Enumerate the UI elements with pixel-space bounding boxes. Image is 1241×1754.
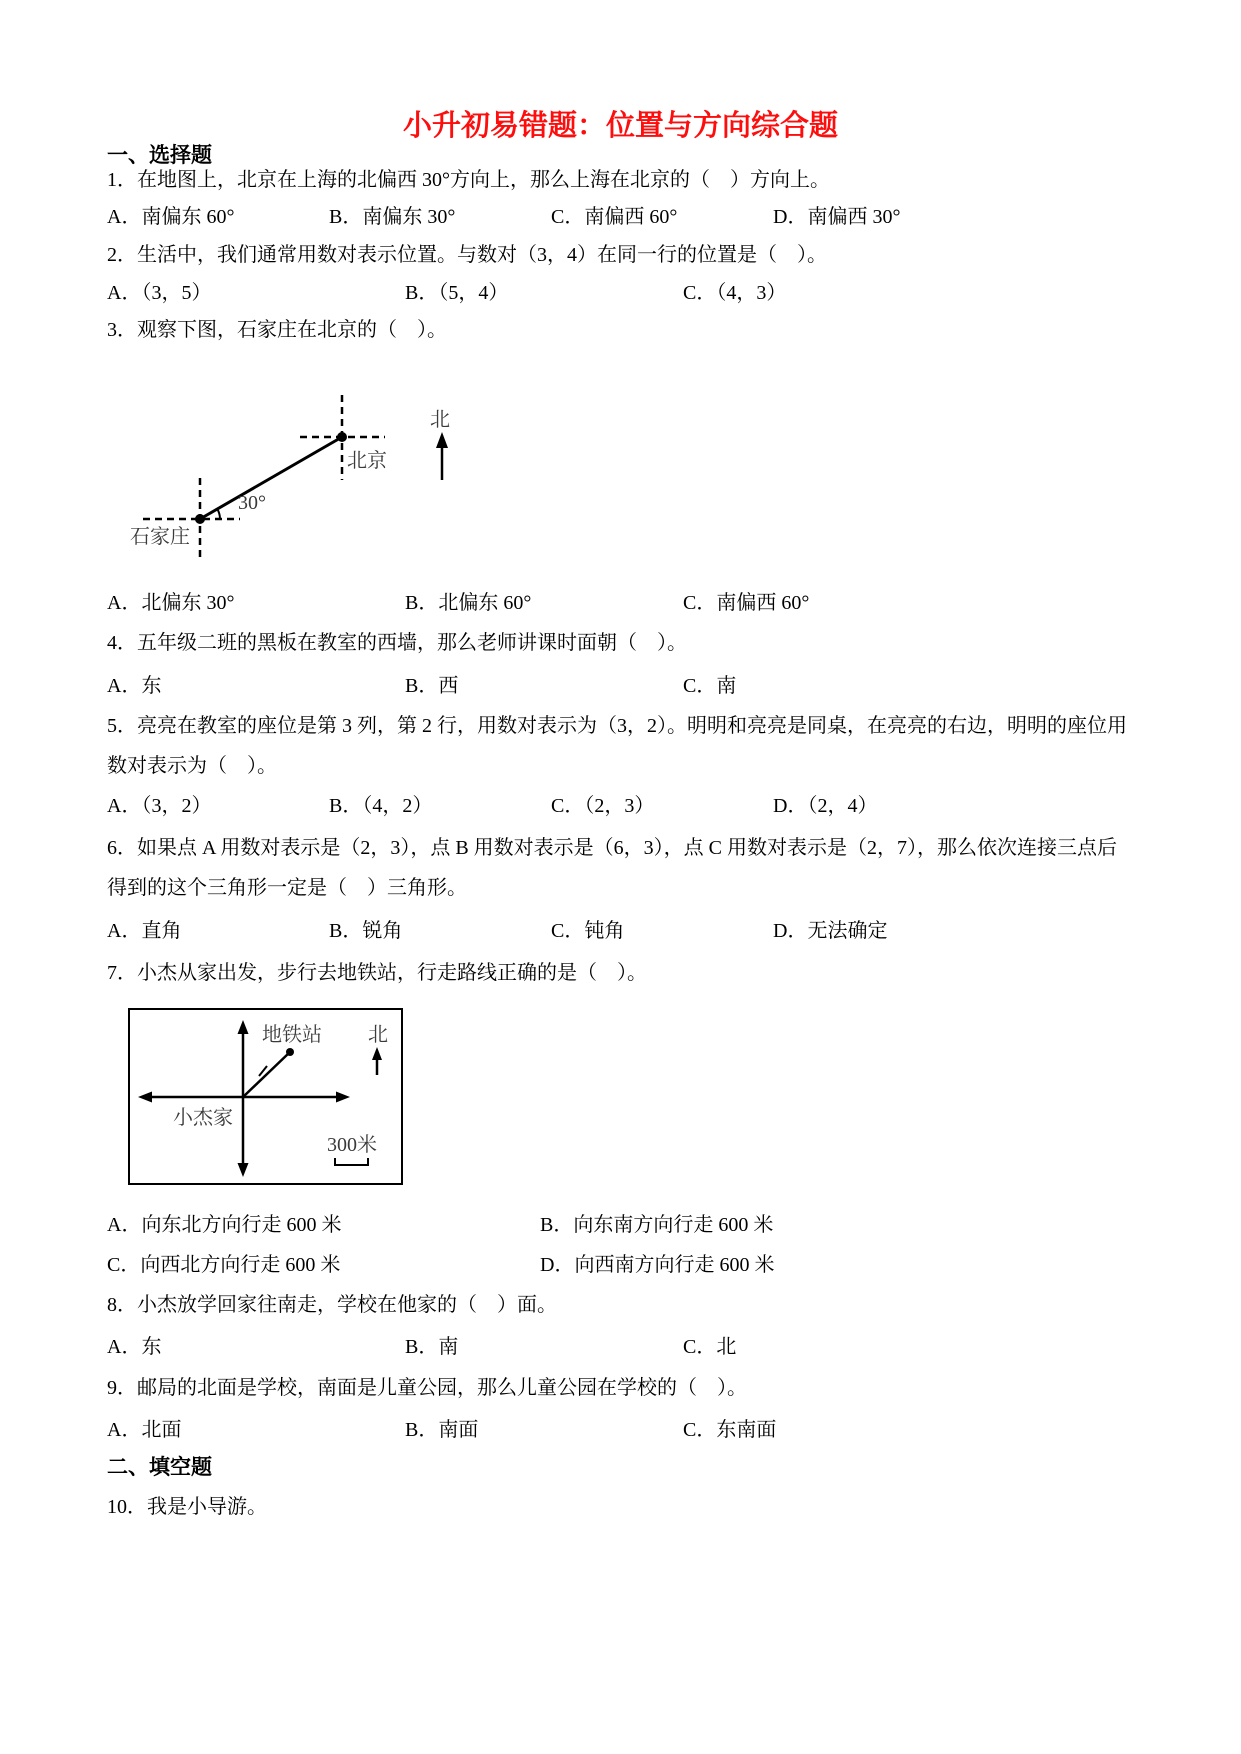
option-4-b: B．西 [405, 666, 683, 706]
beijing-point [337, 432, 347, 442]
shijiazhuang-point [195, 514, 205, 524]
question-8-options: A．东 B．南 C．北 [107, 1327, 1167, 1367]
station-point [286, 1048, 294, 1056]
option-1-c: C．南偏西 60° [551, 197, 773, 237]
option-2-b: B．（5，4） [405, 273, 683, 313]
route-line [243, 1052, 290, 1097]
angle-label: 30° [238, 492, 266, 514]
north-label: 北 [430, 409, 450, 431]
question-7-options-row1: A．向东北方向行走 600 米 B．向东南方向行走 600 米 [107, 1205, 1167, 1245]
option-2-a: A．（3，5） [107, 273, 405, 313]
option-3-b: B．北偏东 60° [405, 583, 683, 623]
vertical-axis-top-arrow-icon [238, 1020, 249, 1034]
question-9-options: A．北面 B．南面 C．东南面 [107, 1410, 1167, 1450]
scale-bracket [335, 1158, 368, 1165]
angle-arc [217, 509, 220, 519]
beijing-label: 北京 [347, 449, 387, 472]
option-8-b: B．南 [405, 1327, 683, 1367]
option-7-a: A．向东北方向行走 600 米 [107, 1205, 540, 1245]
question-3-text: 3．观察下图，石家庄在北京的（ ）。 [107, 310, 1137, 350]
option-6-a: A．直角 [107, 911, 329, 951]
option-7-d: D．向西南方向行走 600 米 [540, 1245, 973, 1285]
worksheet-page: 小升初易错题：位置与方向综合题 一、选择题 1．在地图上，北京在上海的北偏西 3… [0, 0, 1241, 1754]
map-north-arrow-head-icon [372, 1047, 382, 1060]
option-2-c: C．（4，3） [683, 273, 981, 313]
question-8-text: 8．小杰放学回家往南走，学校在他家的（ ）面。 [107, 1285, 1137, 1325]
horizontal-axis-right-arrow-icon [336, 1092, 350, 1103]
question-5-options: A．（3，2） B．（4，2） C．（2，3） D．（2，4） [107, 786, 1167, 826]
option-6-d: D．无法确定 [773, 911, 995, 951]
option-4-c: C．南 [683, 666, 981, 706]
option-7-c: C．向西北方向行走 600 米 [107, 1245, 540, 1285]
question-9-text: 9．邮局的北面是学校，南面是儿童公园，那么儿童公园在学校的（ ）。 [107, 1368, 1137, 1408]
option-6-c: C．钝角 [551, 911, 773, 951]
section-heading-fill-blank: 二、填空题 [107, 1448, 1137, 1488]
question-6-text: 6．如果点 A 用数对表示是（2，3），点 B 用数对表示是（6，3），点 C … [107, 828, 1137, 908]
question-2-text: 2．生活中，我们通常用数对表示位置。与数对（3，4）在同一行的位置是（ ）。 [107, 235, 1137, 275]
north-arrow-head-icon [436, 432, 448, 448]
option-1-b: B．南偏东 30° [329, 197, 551, 237]
question-1-text: 1．在地图上，北京在上海的北偏西 30°方向上，那么上海在北京的（ ）方向上。 [107, 160, 1137, 200]
vertical-axis-bottom-arrow-icon [238, 1163, 249, 1177]
question-6-options: A．直角 B．锐角 C．钝角 D．无法确定 [107, 911, 1167, 951]
option-4-a: A．东 [107, 666, 405, 706]
horizontal-axis-left-arrow-icon [138, 1092, 152, 1103]
option-8-c: C．北 [683, 1327, 981, 1367]
question-1-options: A．南偏东 60° B．南偏东 30° C．南偏西 60° D．南偏西 30° [107, 197, 1167, 237]
option-5-c: C．（2，3） [551, 786, 773, 826]
question-2-options: A．（3，5） B．（5，4） C．（4，3） [107, 273, 1167, 313]
option-6-b: B．锐角 [329, 911, 551, 951]
option-3-a: A．北偏东 30° [107, 583, 405, 623]
question-7-text: 7．小杰从家出发，步行去地铁站，行走路线正确的是（ ）。 [107, 953, 1137, 993]
option-9-c: C．东南面 [683, 1410, 981, 1450]
question-10-text: 10．我是小导游。 [107, 1487, 1137, 1527]
shijiazhuang-label: 石家庄 [130, 525, 190, 548]
question-7-options-row2: C．向西北方向行走 600 米 D．向西南方向行走 600 米 [107, 1245, 1167, 1285]
home-label: 小杰家 [173, 1106, 233, 1129]
question-3-options: A．北偏东 30° B．北偏东 60° C．南偏西 60° [107, 583, 1167, 623]
connector-line [200, 437, 342, 519]
option-1-a: A．南偏东 60° [107, 197, 329, 237]
question-4-options: A．东 B．西 C．南 [107, 666, 1167, 706]
question-4-text: 4．五年级二班的黑板在教室的西墙，那么老师讲课时面朝（ ）。 [107, 623, 1137, 663]
option-5-b: B．（4，2） [329, 786, 551, 826]
option-5-a: A．（3，2） [107, 786, 329, 826]
option-5-d: D．（2，4） [773, 786, 995, 826]
option-1-d: D．南偏西 30° [773, 197, 995, 237]
option-7-b: B．向东南方向行走 600 米 [540, 1205, 973, 1245]
option-8-a: A．东 [107, 1327, 405, 1367]
question-5-text: 5．亮亮在教室的座位是第 3 列，第 2 行，用数对表示为（3，2）。明明和亮亮… [107, 706, 1137, 786]
option-9-b: B．南面 [405, 1410, 683, 1450]
route-map-diagram: 地铁站 小杰家 北 300米 [128, 1008, 403, 1185]
map-north-label: 北 [368, 1024, 388, 1046]
bearing-diagram-beijing-shijiazhuang: 30° 北京 石家庄 北 [118, 352, 470, 577]
option-9-a: A．北面 [107, 1410, 405, 1450]
station-label: 地铁站 [262, 1023, 322, 1046]
option-3-c: C．南偏西 60° [683, 583, 981, 623]
scale-label: 300米 [327, 1133, 377, 1156]
